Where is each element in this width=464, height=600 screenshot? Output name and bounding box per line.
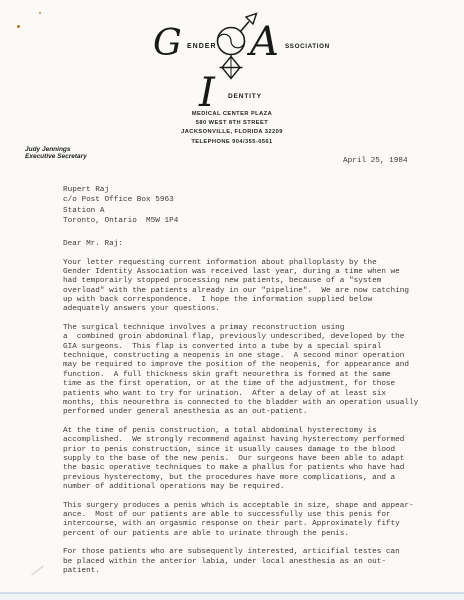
letterhead-address-line: MEDICAL CENTER PLAZA	[132, 110, 332, 119]
letterhead-identity-initial: I	[199, 73, 215, 113]
letterhead-association-initial: A	[250, 22, 279, 62]
salutation: Dear Mr. Raj:	[63, 240, 449, 249]
letter-page: G ENDER A SSOCIATION I DENTITY MEDICAL C…	[0, 0, 464, 600]
letter-date: April 25, 1984	[343, 157, 408, 165]
secretary-block: Judy Jennings Executive Secretary	[25, 146, 87, 161]
body-paragraph-2: The surgical technique involves a primay…	[63, 324, 449, 417]
letterhead-identity-rest: DENTITY	[228, 94, 262, 101]
letterhead-address-line: 580 WEST 8TH STREET	[132, 119, 332, 128]
body-paragraph-5: For those patients who are subsequently …	[63, 548, 449, 576]
letterhead-association-rest: SSOCIATION	[285, 44, 330, 50]
letter-body: Dear Mr. Raj: Your letter requesting cur…	[63, 240, 449, 586]
body-paragraph-3: At the time of penis construction, a tot…	[63, 427, 449, 492]
scan-scratch	[31, 565, 43, 575]
letterhead-gender-initial: G	[153, 26, 182, 62]
letterhead-address-line: JACKSONVILLE, FLORIDA 32209	[132, 128, 332, 137]
body-paragraph-1: Your letter requesting current informati…	[63, 259, 449, 315]
secretary-title: Executive Secretary	[25, 153, 87, 160]
secretary-name: Judy Jennings	[25, 146, 87, 153]
letterhead-gender-rest: ENDER	[187, 43, 217, 50]
letterhead-phone: TELEPHONE 904/355-0561	[132, 138, 332, 147]
body-paragraph-4: This surgery produces a penis which is a…	[63, 502, 449, 539]
recipient-address: Rupert Raj c/o Post Office Box 5963 Stat…	[63, 185, 178, 226]
page-bottom-edge	[0, 592, 464, 600]
letterhead-address: MEDICAL CENTER PLAZA 580 WEST 8TH STREET…	[132, 110, 332, 147]
